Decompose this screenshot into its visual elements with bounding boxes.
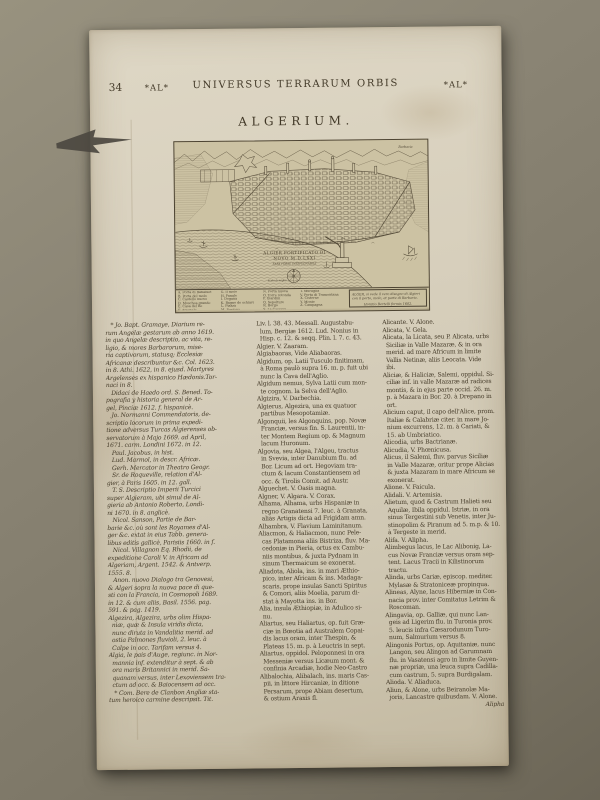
legend-entry: M. Fontana [221,308,261,309]
text-line: nacia prov. inter Comitatus Letrim & [385,595,507,604]
legend-entry: S. La Cassava [263,308,298,309]
text-column-2: Liv. l. 38. 43. Messall. Augustabu- lum,… [256,319,384,703]
running-title: UNIVERSUS TERRARUM ORBIS [186,78,406,91]
legend-entry: Z. Campagna [300,304,346,308]
text-line: Horatio Bertelli formis 1602. [352,302,424,307]
text-line: & juxta Mazaram in mare Africum se [384,468,506,477]
text-line: cedoniæ in Pieria, ortus ex Cambu- [259,544,383,553]
text-line: tum heroico carmine descripsit. Tit. [109,695,261,704]
legend-column: N. Porta nuovaO. Torre rotondaP. Giardin… [263,290,300,309]
svg-text:SARA FORSE INESPUGNABILE: SARA FORSE INESPUGNABILE [273,261,317,265]
text-line: cum castrum, 5. supra Burdigalam. [386,670,508,679]
text-line: à Roma paulò supra 16. m. p. fuit ubi [257,364,381,373]
signature-mark-right: *AL* [444,80,468,90]
map-corner-label: Barbaria [397,145,412,149]
signature-mark-left: *AL* [145,83,169,93]
text-line: con il porto, molo, et parte di Barbaria… [352,295,424,300]
legend-column: A. Porta di BabaluetB. Porta del moloC. … [178,291,221,310]
text-line: Aliartus, seu Haliartus, op. fuit Græ- [259,619,383,628]
map-imprint: ALGER, si vede il vero disegno di Algier… [349,289,427,308]
text-line: Alicata, la Licata, seu P. Alicata, urbs [382,333,504,342]
column-3-lines: Alicante. V. Alone.Alicata, V. Gela.Alic… [382,318,508,702]
catchword: Alipha [386,700,508,709]
paper-stain [236,717,376,764]
legend-column: T. MuragliaV. Porta di TramontanaX. Cist… [300,289,348,308]
engraved-map-of-algiers: Barbaria ALGIER FORTIFICATO DI NOVO M.D.… [173,139,430,314]
legend-columns: A. Porta di BabaluetB. Porta del moloC. … [178,289,348,310]
map-legend: A. Porta di BabaluetB. Porta del moloC. … [176,287,429,311]
article-title: ALGERIUM. [196,113,396,129]
svg-text:NOVO M.D.LXXI: NOVO M.D.LXXI [273,255,315,260]
text-line: nium excurrens, 12. m. à Cariati, & [383,423,505,432]
text-line: p. à Mazara in Bor. 20. à Drepano in [383,393,505,402]
text-line: aliàs Artigis dicta ad Frigidam amn. [258,514,382,523]
text-line: ter Montem Regium op. & Magnum [257,432,381,441]
text-line: & ostium Araxis fl. [260,694,384,703]
compass-rose [287,269,300,282]
text-column-1: * Jo. Bapt. Gramaye, Diarium re-rum Ange… [105,320,261,704]
svg-text:ALGIER FORTIFICATO DI: ALGIER FORTIFICATO DI [262,250,326,256]
map-engraving: Barbaria ALGIER FORTIFICATO DI NOVO M.D.… [174,140,429,290]
page-number: 34 [109,82,122,94]
text-column-3: Alicante. V. Alone.Alicata, V. Gela.Alic… [382,318,508,709]
scale-label: Scala di miglia [268,279,287,282]
text-line: Algidum nemus, Sylva Latii cum mon- [257,379,381,388]
legend-column: G. Il moloH. FanaleI. DoganaK. Bagno de … [221,290,263,309]
photo-of-book-page: { "header": { "page_number": "34", "left… [0,0,600,800]
book-page: 34 *AL* UNIVERSUS TERRARUM ORBIS *AL* AL… [89,26,509,770]
